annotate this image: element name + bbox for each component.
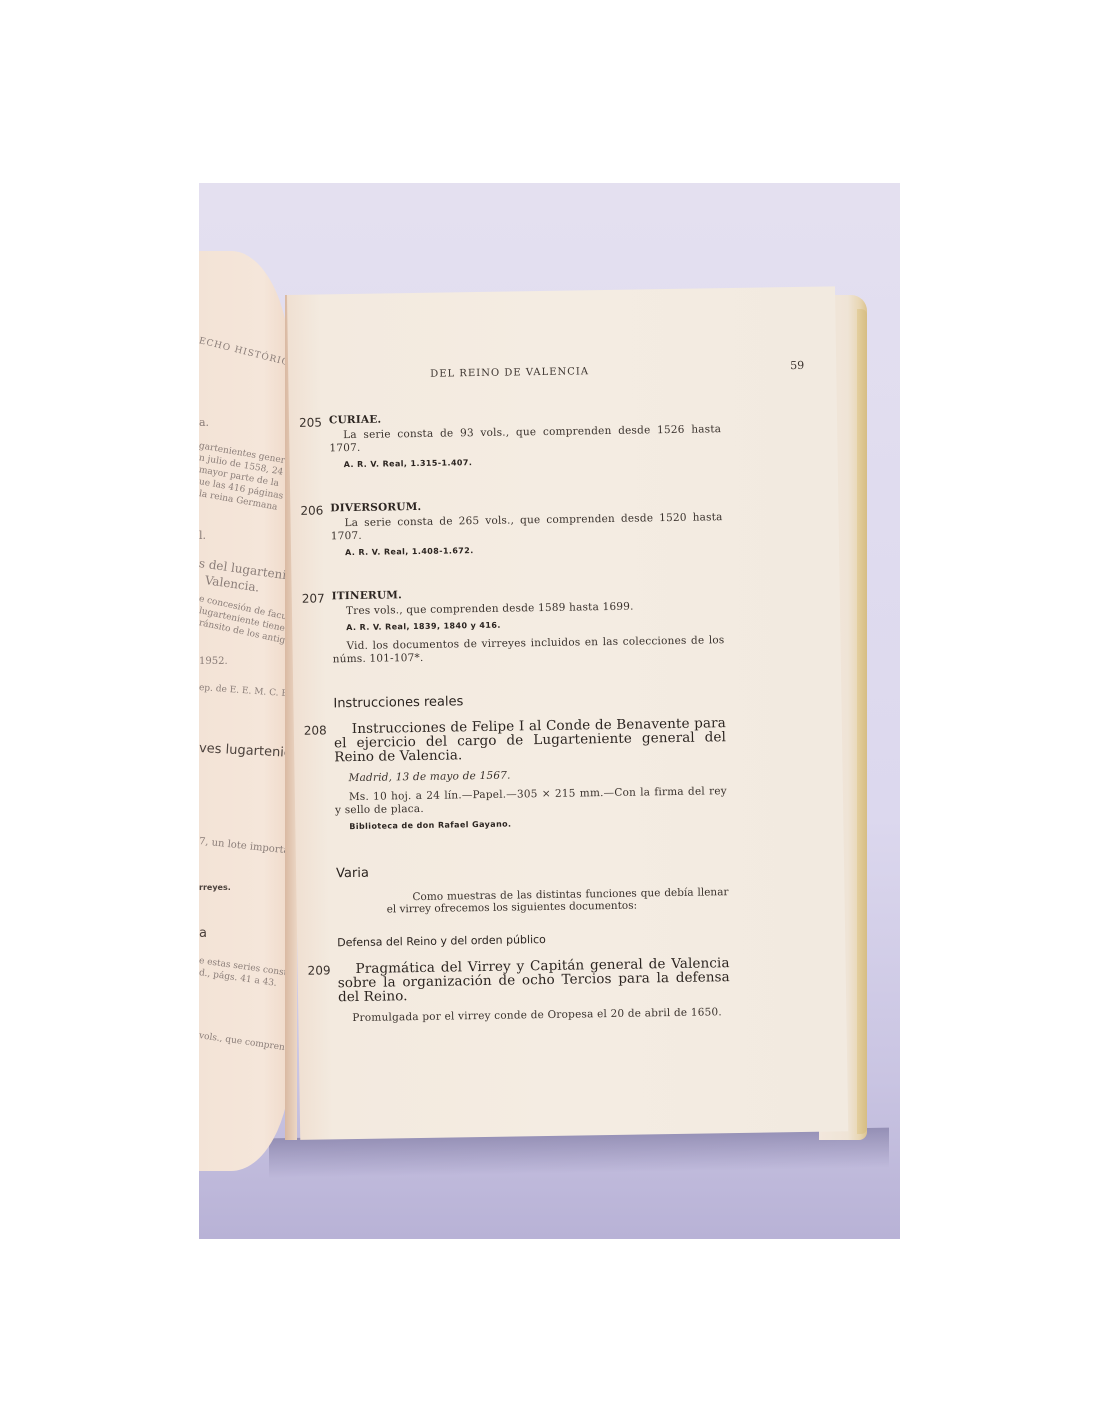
left-text-fragment: 7, un lote importante (199, 836, 291, 858)
left-text-fragment: l. (199, 529, 206, 542)
section-heading-instrucciones: Instrucciones reales (333, 694, 463, 711)
left-text-fragment: a. (199, 416, 209, 429)
left-running-head: ECHO HISTÓRICO (199, 336, 291, 370)
catalog-entry: 205 CURIAE. La serie consta de 93 vols.,… (329, 408, 722, 469)
entry-description: Ms. 10 hoj. a 24 lín.—Papel.—305 × 215 m… (335, 785, 727, 817)
left-text-fragment: ep. de E. E. M. C. B. T. (199, 683, 291, 700)
left-page: ECHO HISTÓRICO a. gartenientes generales… (199, 251, 291, 1171)
entry-reference: A. R. V. Real, 1.315-1.407. (344, 454, 722, 469)
subsection-heading: Defensa del Reino y del orden público (337, 933, 546, 949)
right-page: DEL REINO DE VALENCIA 59 205 CURIAE. La … (287, 286, 848, 1140)
page-content: 205 CURIAE. La serie consta de 93 vols.,… (328, 358, 720, 364)
page-number: 59 (790, 359, 804, 372)
section-intro: Como muestras de las distintas funciones… (386, 886, 728, 915)
entry-reference: A. R. V. Real, 1839, 1840 y 416. (346, 617, 724, 632)
entry-body: Promulgada por el virrey conde de Oropes… (338, 1006, 730, 1025)
entry-number: 209 (308, 963, 331, 977)
left-heading-fragment: a (199, 926, 207, 941)
entry-number: 205 (299, 415, 322, 429)
entry-note: Vid. los documentos de virreyes incluido… (332, 634, 724, 666)
left-heading-fragment: ves lugartenientes (199, 741, 291, 762)
entry-number: 208 (304, 723, 327, 737)
left-text-fragment: vols., que comprenden (199, 1031, 291, 1055)
catalog-entry: 208 Instrucciones de Felipe I al Conde d… (334, 716, 728, 831)
catalog-entry: 207 ITINERUM. Tres vols., que comprenden… (332, 584, 725, 666)
entry-reference: A. R. V. Real, 1.408-1.672. (345, 542, 723, 557)
entry-number: 206 (300, 503, 323, 517)
catalog-entry: 209 Pragmática del Virrey y Capitán gene… (337, 956, 730, 1025)
entry-number: 207 (302, 591, 325, 605)
entry-date: Madrid, 13 de mayo de 1567. (335, 766, 727, 785)
left-text-fragment: rreyes. (199, 883, 231, 892)
section-heading-varia: Varia (336, 866, 369, 882)
entry-body: La serie consta de 93 vols., que compren… (329, 423, 721, 455)
running-head: DEL REINO DE VALENCIA (430, 366, 589, 379)
catalog-entry: 206 DIVERSORUM. La serie consta de 265 v… (330, 496, 723, 557)
entry-title: Instrucciones de Felipe I al Conde de Be… (334, 716, 727, 764)
entry-body: La serie consta de 265 vols., que compre… (330, 511, 722, 543)
entry-reference: Biblioteca de don Rafael Gayano. (349, 816, 727, 831)
left-text-fragment: 1952. (199, 656, 228, 667)
entry-body: Tres vols., que comprenden desde 1589 ha… (332, 599, 724, 618)
entry-title: Pragmática del Virrey y Capitán general … (337, 956, 730, 1004)
book-photo: ECHO HISTÓRICO a. gartenientes generales… (199, 183, 900, 1239)
